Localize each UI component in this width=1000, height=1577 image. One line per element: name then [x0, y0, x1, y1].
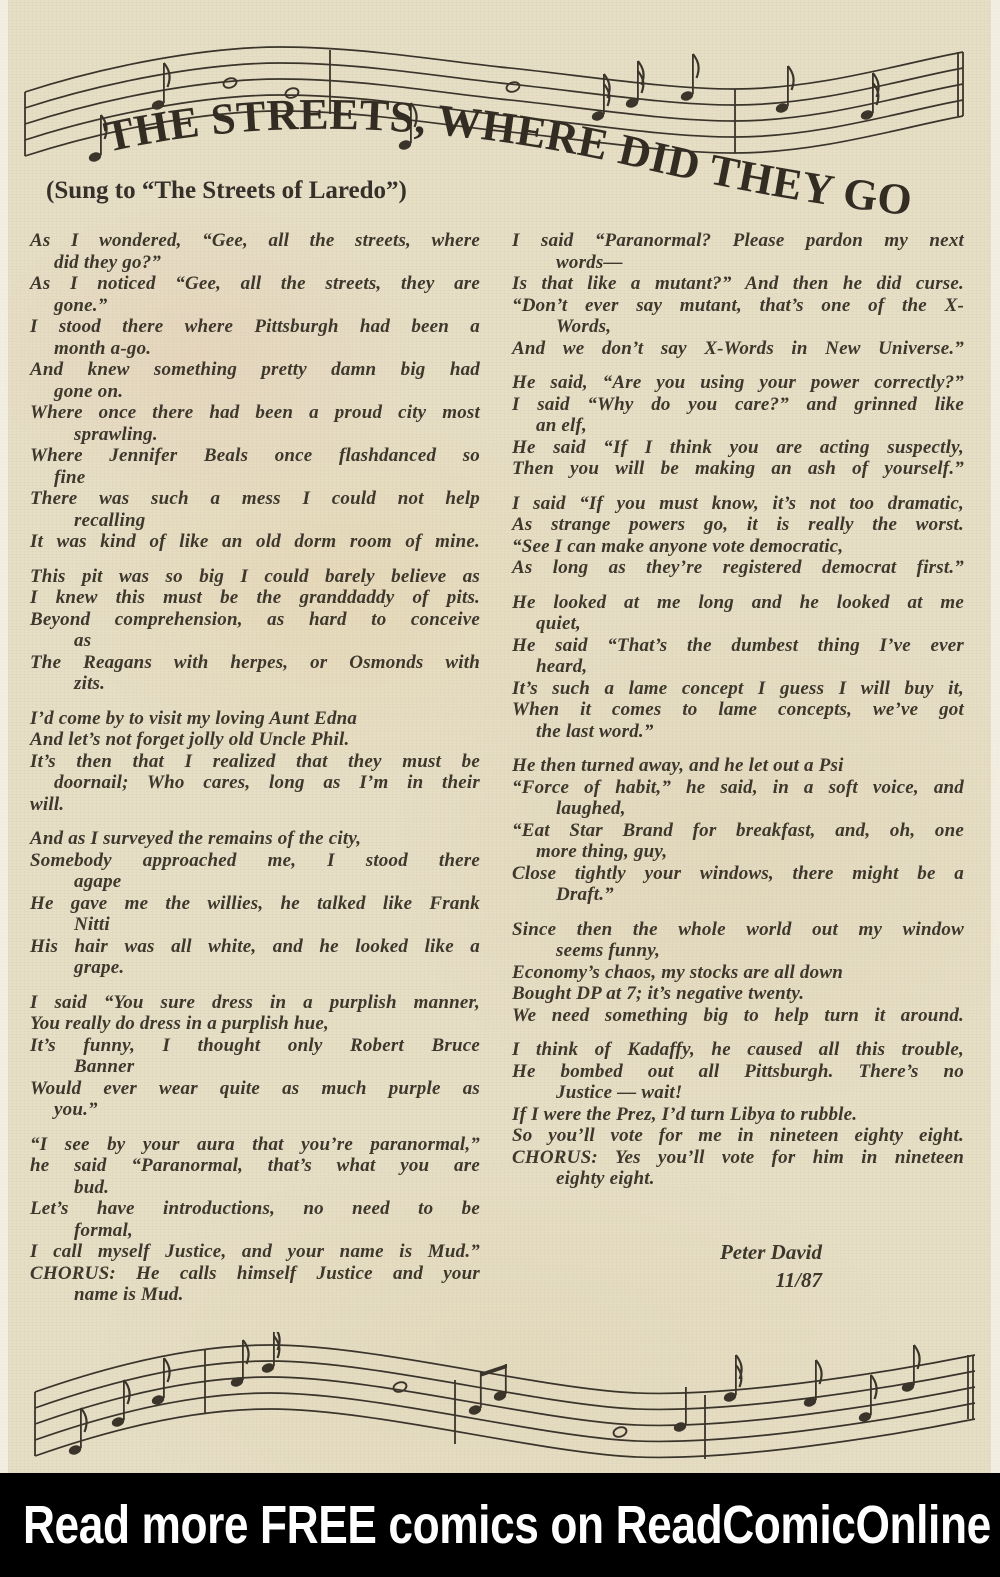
lyric-line: This pit was so big I could barely belie…: [30, 566, 480, 588]
lyric-line: quiet,: [512, 613, 964, 635]
stanza: I said “Paranormal? Please pardon my nex…: [512, 230, 964, 359]
lyric-line: grape.: [30, 957, 480, 979]
stanza: This pit was so big I could barely belie…: [30, 566, 480, 695]
lyric-line: you.”: [30, 1099, 480, 1121]
lyric-line: He said, “Are you using your power corre…: [512, 372, 964, 394]
lyrics-column-left: As I wondered, “Gee, all the streets, wh…: [30, 230, 480, 1319]
lyric-line: I knew this must be the granddaddy of pi…: [30, 587, 480, 609]
comic-page: THE STREETS, WHERE DID THEY GO? (Sung to…: [0, 0, 1000, 1577]
beamed-note-pair-icon: [468, 1364, 508, 1416]
stanza: “I see by your aura that you’re paranorm…: [30, 1134, 480, 1306]
lyric-line: more thing, guy,: [512, 841, 964, 863]
lyric-line: And let’s not forget jolly old Uncle Phi…: [30, 729, 480, 751]
lyric-line: Where once there had been a proud city m…: [30, 402, 480, 424]
lyric-line: did they go?”: [30, 252, 480, 274]
lyric-line: “Eat Star Brand for breakfast, and, oh, …: [512, 820, 964, 842]
lyric-line: I stood there where Pittsburgh had been …: [30, 316, 480, 338]
lyric-line: Where Jennifer Beals once flashdanced so: [30, 445, 480, 467]
lyric-line: And knew something pretty damn big had: [30, 359, 480, 381]
stanza: He looked at me long and he looked at me…: [512, 592, 964, 743]
lyric-line: recalling: [30, 510, 480, 532]
lyric-line: And as I surveyed the remains of the cit…: [30, 828, 480, 850]
lyric-line: As strange powers go, it is really the w…: [512, 514, 964, 536]
lyric-line: When it comes to lame concepts, we’ve go…: [512, 699, 964, 721]
lyric-line: He then turned away, and he let out a Ps…: [512, 755, 964, 777]
stanza: He said, “Are you using your power corre…: [512, 372, 964, 480]
lyric-line: It was kind of like an old dorm room of …: [30, 531, 480, 553]
lyric-line: There was such a mess I could not help: [30, 488, 480, 510]
lyric-line: formal,: [30, 1220, 480, 1242]
lyric-line: You really do dress in a purplish hue,: [30, 1013, 480, 1035]
lyric-line: It’s funny, I thought only Robert Bruce: [30, 1035, 480, 1057]
lyric-line: zits.: [30, 673, 480, 695]
lyric-line: He said “If I think you are acting suspe…: [512, 437, 964, 459]
lyric-line: the last word.”: [512, 721, 964, 743]
lyric-line: I said “If you must know, it’s not too d…: [512, 493, 964, 515]
lyric-line: The Reagans with herpes, or Osmonds with: [30, 652, 480, 674]
stanza: And as I surveyed the remains of the cit…: [30, 828, 480, 979]
lyric-line: Words,: [512, 316, 964, 338]
lyric-line: I’d come by to visit my loving Aunt Edna: [30, 708, 480, 730]
lyric-line: Bought DP at 7; it’s negative twenty.: [512, 983, 964, 1005]
signature: Peter David 11/87: [512, 1238, 822, 1294]
stanza: I think of Kadaffy, he caused all this t…: [512, 1039, 964, 1190]
lyric-line: His hair was all white, and he looked li…: [30, 936, 480, 958]
lyric-line: Close tightly your windows, there might …: [512, 863, 964, 885]
lyric-line: heard,: [512, 656, 964, 678]
scanned-page: THE STREETS, WHERE DID THEY GO? (Sung to…: [0, 0, 1000, 1473]
lyric-line: It’s then that I realized that they must…: [30, 751, 480, 773]
lyric-line: CHORUS: He calls himself Justice and you…: [30, 1263, 480, 1285]
lyric-line: eighty eight.: [512, 1168, 964, 1190]
signature-name: Peter David: [512, 1238, 822, 1266]
lyric-line: “I see by your aura that you’re paranorm…: [30, 1134, 480, 1156]
music-staff-bottom-icon: [20, 1332, 980, 1482]
lyric-line: Would ever wear quite as much purple as: [30, 1078, 480, 1100]
lyric-line: will.: [30, 794, 480, 816]
lyric-line: As long as they’re registered democrat f…: [512, 557, 964, 579]
lyric-line: words—: [512, 252, 964, 274]
stanza: I said “If you must know, it’s not too d…: [512, 493, 964, 579]
lyric-line: He gave me the willies, he talked like F…: [30, 893, 480, 915]
lyric-line: If I were the Prez, I’d turn Libya to ru…: [512, 1104, 964, 1126]
lyric-line: Draft.”: [512, 884, 964, 906]
lyric-line: CHORUS: Yes you’ll vote for him in ninet…: [512, 1147, 964, 1169]
lyric-line: bud.: [30, 1177, 480, 1199]
subtitle: (Sung to “The Streets of Laredo”): [46, 176, 407, 206]
lyric-line: name is Mud.: [30, 1284, 480, 1306]
lyric-line: Beyond comprehension, as hard to conceiv…: [30, 609, 480, 631]
stanza: I said “You sure dress in a purplish man…: [30, 992, 480, 1121]
lyric-line: I think of Kadaffy, he caused all this t…: [512, 1039, 964, 1061]
lyric-line: I call myself Justice, and your name is …: [30, 1241, 480, 1263]
stanza: Since then the whole world out my window…: [512, 919, 964, 1027]
lyric-line: He looked at me long and he looked at me: [512, 592, 964, 614]
lyrics-column-right: I said “Paranormal? Please pardon my nex…: [512, 230, 964, 1203]
lyric-line: And we don’t say X-Words in New Universe…: [512, 338, 964, 360]
lyric-line: agape: [30, 871, 480, 893]
lyric-line: Somebody approached me, I stood there: [30, 850, 480, 872]
signature-date: 11/87: [512, 1266, 822, 1294]
lyric-line: seems funny,: [512, 940, 964, 962]
stanza: As I wondered, “Gee, all the streets, wh…: [30, 230, 480, 553]
lyric-line: Economy’s chaos, my stocks are all down: [512, 962, 964, 984]
lyric-line: laughed,: [512, 798, 964, 820]
lyric-line: I said “You sure dress in a purplish man…: [30, 992, 480, 1014]
lyric-line: I said “Paranormal? Please pardon my nex…: [512, 230, 964, 252]
lyric-line: doornail; Who cares, long as I’m in thei…: [30, 772, 480, 794]
lyric-line: Nitti: [30, 914, 480, 936]
site-banner[interactable]: Read more FREE comics on ReadComicOnline: [0, 1473, 1000, 1577]
lyric-line: It’s such a lame concept I guess I will …: [512, 678, 964, 700]
lyric-line: As I wondered, “Gee, all the streets, wh…: [30, 230, 480, 252]
lyric-line: as: [30, 630, 480, 652]
lyric-line: “Force of habit,” he said, in a soft voi…: [512, 777, 964, 799]
lyric-line: he said “Paranormal, that’s what you are: [30, 1155, 480, 1177]
lyric-line: As I noticed “Gee, all the streets, they…: [30, 273, 480, 295]
lyric-line: He bombed out all Pittsburgh. There’s no: [512, 1061, 964, 1083]
lyric-line: He said “That’s the dumbest thing I’ve e…: [512, 635, 964, 657]
lyric-line: Banner: [30, 1056, 480, 1078]
stanza: I’d come by to visit my loving Aunt Edna…: [30, 708, 480, 816]
lyric-line: gone on.: [30, 381, 480, 403]
lyric-line: We need something big to help turn it ar…: [512, 1005, 964, 1027]
lyric-line: Then you will be making an ash of yourse…: [512, 458, 964, 480]
lyric-line: an elf,: [512, 415, 964, 437]
lyric-line: “See I can make anyone vote democratic,: [512, 536, 964, 558]
lyric-line: sprawling.: [30, 424, 480, 446]
lyric-line: Since then the whole world out my window: [512, 919, 964, 941]
lyric-line: gone.”: [30, 295, 480, 317]
lyric-line: I said “Why do you care?” and grinned li…: [512, 394, 964, 416]
lyric-line: Is that like a mutant?” And then he did …: [512, 273, 964, 295]
lyric-line: Justice — wait!: [512, 1082, 964, 1104]
lyric-line: fine: [30, 467, 480, 489]
lyric-line: Let’s have introductions, no need to be: [30, 1198, 480, 1220]
lyric-line: So you’ll vote for me in nineteen eighty…: [512, 1125, 964, 1147]
stanza: He then turned away, and he let out a Ps…: [512, 755, 964, 906]
lyric-line: month a-go.: [30, 338, 480, 360]
site-banner-text: Read more FREE comics on ReadComicOnline: [0, 1473, 991, 1577]
lyric-line: “Don’t ever say mutant, that’s one of th…: [512, 295, 964, 317]
